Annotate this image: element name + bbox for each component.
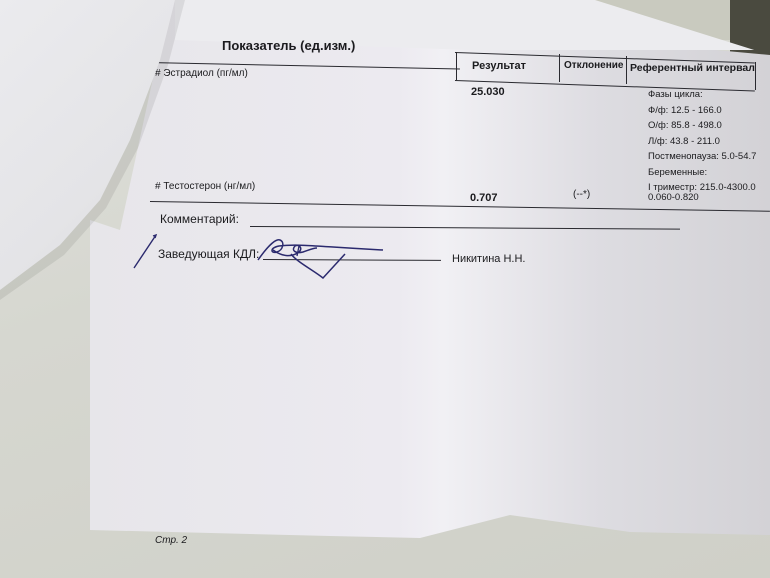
column-divider [456, 52, 457, 80]
signature-icon [255, 230, 390, 285]
row-estradiol-name: # Эстрадиол (пг/мл) [155, 68, 248, 79]
row-testosterone-name: # Тестостерон (нг/мл) [155, 181, 255, 192]
comment-label: Комментарий: [160, 212, 239, 226]
row-estradiol-reference: Фазы цикла: Ф/ф: 12.5 - 166.0 О/ф: 85.8 … [648, 87, 756, 196]
column-header-result: Результат [472, 60, 526, 72]
head-of-lab-label: Заведующая КДЛ: [158, 247, 259, 261]
row-estradiol-result: 25.030 [471, 86, 505, 98]
reference-line: Л/ф: 43.8 - 211.0 [648, 134, 756, 150]
row-testosterone-reference: 0.060-0.820 [648, 190, 699, 206]
page-number: Стр. 2 [155, 535, 187, 546]
reference-line: Беременные: [648, 165, 756, 181]
lab-report-page [90, 0, 770, 555]
reference-line: Фазы цикла: [648, 87, 756, 103]
row-testosterone-result: 0.707 [470, 192, 498, 204]
column-header-reference: Референтный интервал [630, 62, 755, 74]
reference-line: О/ф: 85.8 - 498.0 [648, 118, 756, 134]
reference-line: Ф/ф: 12.5 - 166.0 [648, 103, 756, 119]
reference-line: Постменопауза: 5.0-54.7 [648, 149, 756, 165]
column-header-deviation: Отклонение [564, 60, 623, 71]
background-dark-patch [730, 0, 770, 60]
column-divider [559, 54, 560, 82]
column-divider [755, 62, 756, 90]
column-divider [626, 56, 627, 84]
row-testosterone-deviation: (--*) [573, 189, 590, 200]
column-header-indicator: Показатель (ед.изм.) [222, 38, 355, 53]
head-of-lab-name: Никитина Н.Н. [452, 253, 525, 265]
